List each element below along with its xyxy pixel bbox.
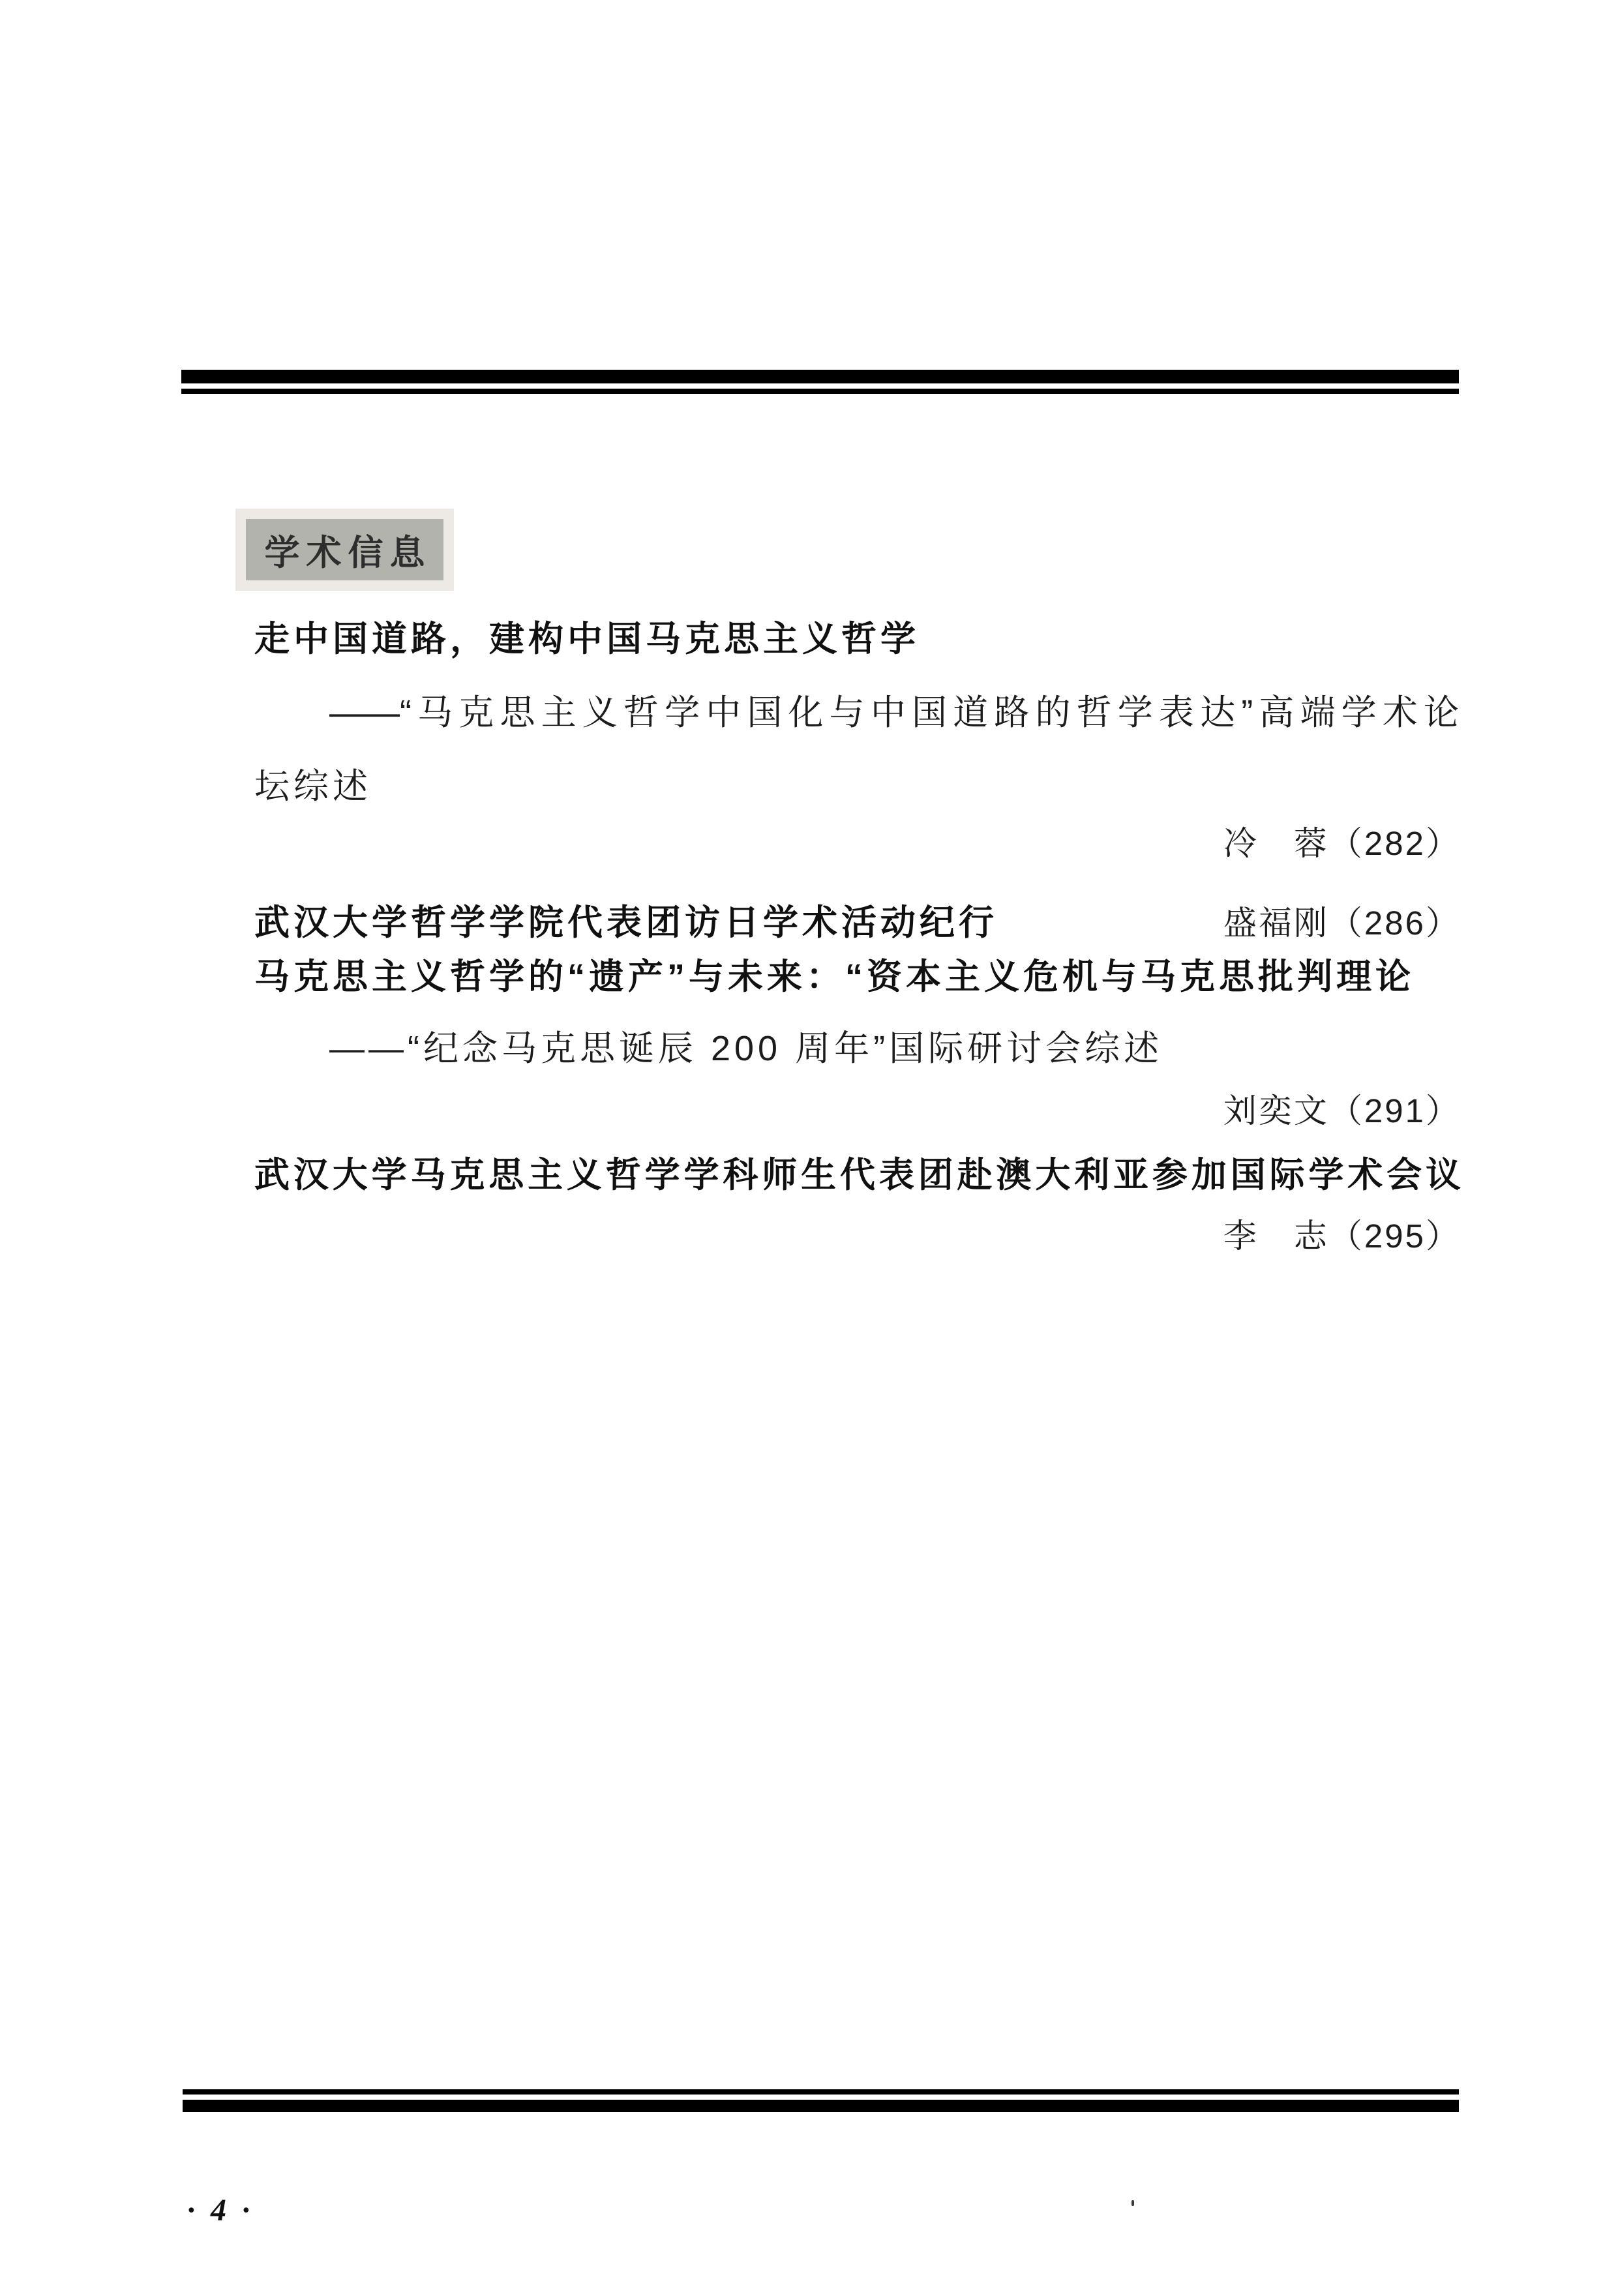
toc-entry-2-page: （286）: [1329, 904, 1461, 942]
toc-entry-4-title: 武汉大学马克思主义哲学学科师生代表团赴澳大利亚参加国际学术会议: [254, 1155, 1461, 1195]
toc-entry-1-title: 走中国道路，建构中国马克思主义哲学: [254, 619, 920, 659]
top-rule-thin-line: [181, 389, 1459, 394]
toc-entry-1-page: （282）: [1329, 825, 1461, 862]
section-label-text: 学术信息: [258, 525, 432, 575]
toc-entry-4-author: 李 志: [1223, 1217, 1329, 1255]
toc-entry-1-subtitle-line2: 坛综述: [254, 767, 372, 806]
scanned-toc-page: 学术信息 走中国道路，建构中国马克思主义哲学 ——“马克思主义哲学中国化与中国道…: [0, 0, 1618, 2296]
toc-entry-2-title: 武汉大学哲学学院代表团访日学术活动纪行: [254, 895, 998, 945]
toc-entry-3-author-line: 刘奕文（291）: [254, 1092, 1461, 1131]
toc-entry-3-title: 马克思主义哲学的“遗产”与未来：“资本主义危机与马克思批判理论: [254, 957, 1415, 996]
toc-entry-1-subtitle-line1: ——“马克思主义哲学中国化与中国道路的哲学表达”高端学术论: [329, 693, 1459, 732]
scan-speck: [1131, 2200, 1134, 2206]
bottom-rule-gap: [183, 2095, 1459, 2100]
toc-entry-1-author: 冷 蓉: [1223, 825, 1329, 862]
bottom-rule-thin-line: [183, 2089, 1459, 2095]
top-rule-gap: [181, 383, 1459, 389]
top-rule-thick-line: [181, 370, 1459, 383]
bottom-double-rule: [183, 2089, 1459, 2112]
top-double-rule: [181, 370, 1459, 394]
section-label: 学术信息: [246, 519, 443, 580]
toc-entry-4-author-line: 李 志（295）: [254, 1217, 1461, 1256]
toc-entry-2-row: 武汉大学哲学学院代表团访日学术活动纪行 盛福刚（286）: [254, 895, 1461, 945]
page-number: · 4 ·: [187, 2192, 254, 2228]
toc-entry-1-author-line: 冷 蓉（282）: [254, 824, 1461, 863]
bottom-rule-thick-line: [183, 2100, 1459, 2112]
toc-entry-3-subtitle-line1: ——“纪念马克思诞辰 200 周年”国际研讨会综述: [329, 1029, 1163, 1068]
toc-entry-2-author: 盛福刚: [1223, 904, 1329, 942]
toc-entry-4-page: （295）: [1329, 1217, 1461, 1255]
toc-entry-3-author: 刘奕文: [1223, 1092, 1329, 1129]
toc-entry-3-page: （291）: [1329, 1092, 1461, 1129]
